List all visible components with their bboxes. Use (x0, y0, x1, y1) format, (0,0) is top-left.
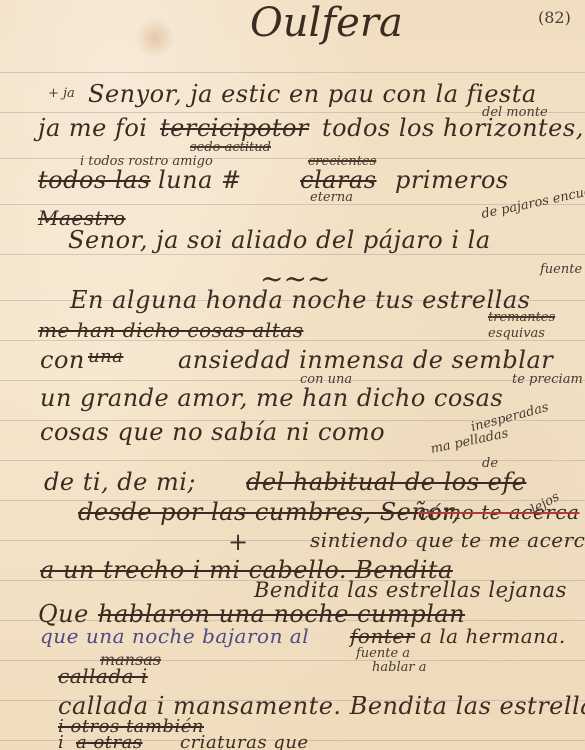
rule-line (0, 660, 585, 661)
page-title: Oulfera (250, 0, 403, 46)
manuscript-page: Oulfera (82) + ja Senyor, ja estic en pa… (0, 0, 585, 750)
text-line: de ti, de mi; (44, 468, 196, 496)
margin-insertion: + ja (48, 86, 75, 101)
text-line: Senyor, ja estic en pau con la fiesta (88, 80, 537, 108)
text-line: un grande amor, me han dicho cosas (40, 384, 503, 412)
text-line: criaturas que (180, 732, 309, 750)
text-line: luna # (158, 166, 242, 194)
text-line: i (58, 732, 64, 750)
margin-note: fuente (540, 262, 582, 277)
struck-text: a otras (76, 732, 143, 750)
struck-text: tercicipotor (160, 114, 309, 142)
rule-line (0, 254, 585, 255)
margin-note: te preciam (512, 372, 583, 387)
text-line: todos los horizontes, (322, 114, 584, 142)
struck-margin-note: tremantes (488, 310, 555, 325)
text-line: sintiendo que te me acerca (310, 528, 585, 552)
struck-text: callada i (58, 664, 148, 688)
violet-text-line: que una noche bajaron al (40, 624, 309, 648)
text-line: Senor, ja soi aliado del pájaro i la (68, 226, 491, 254)
text-line: ja me foi (38, 114, 147, 142)
struck-text: me han dicho cosas altas (38, 318, 303, 342)
text-line: ansiedad inmensa de semblar (178, 346, 553, 374)
rule-line (0, 380, 585, 381)
struck-interlinear: sedo actitud (190, 140, 271, 155)
text-line: con (40, 346, 85, 374)
text-line: primeros (395, 166, 509, 194)
margin-note: ma pelladas (429, 426, 509, 457)
struck-text: fonter (350, 624, 415, 648)
text-line: a la hermana. (420, 624, 566, 648)
interlinear-note: eterna (310, 190, 353, 205)
struck-text: todos las (38, 166, 151, 194)
rule-line (0, 72, 585, 73)
interlinear-note: hablar a (372, 660, 426, 675)
struck-text: del habitual de los efe (246, 468, 526, 496)
struck-text: una (88, 346, 123, 367)
page-number: (82) (538, 8, 571, 27)
text-line: cosas que no sabía ni como (40, 418, 385, 446)
interlinear-note: fuente a (356, 646, 410, 661)
text-line: En alguna honda noche tus estrellas (70, 286, 530, 314)
margin-note: esquivas (488, 326, 545, 341)
text-line: Bendita las estrellas lejanas (254, 578, 567, 602)
paper-stain (135, 18, 175, 58)
insertion-mark: + (228, 528, 249, 556)
struck-text: desde por las cumbres, Señor, (78, 498, 460, 526)
